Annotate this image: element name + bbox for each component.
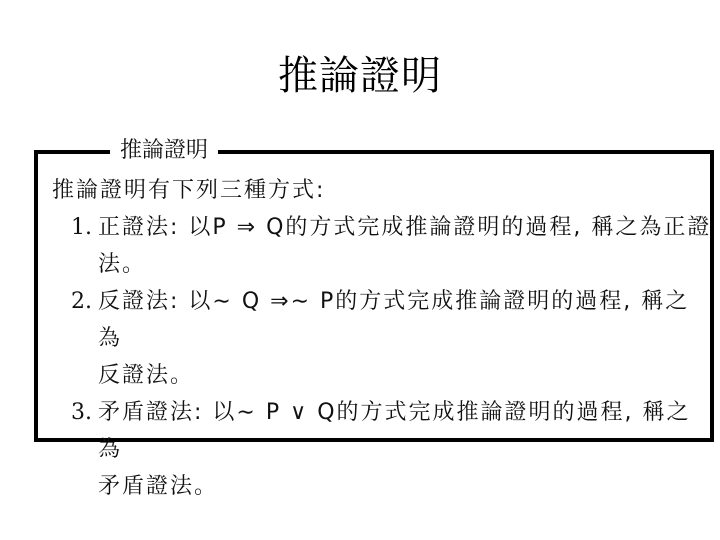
intro-text: 推論證明有下列三種方式: — [52, 172, 712, 209]
item-line: 法。 — [98, 252, 146, 277]
box-label: 推論證明 — [110, 136, 218, 166]
item-line: 正證法: 以P ⇒ Q的方式完成推論證明的過程, 稱之為正證 — [98, 215, 711, 240]
box-content: 推論證明有下列三種方式: 1. 正證法: 以P ⇒ Q的方式完成推論證明的過程,… — [52, 172, 712, 505]
item-number: 1. — [52, 209, 98, 283]
item-number: 3. — [52, 394, 98, 505]
item-line: 矛盾證法。 — [98, 474, 218, 499]
item-line: 反證法: 以∼ Q ⇒∼ P的方式完成推論證明的過程, 稱之為 — [98, 289, 689, 351]
item-number: 2. — [52, 283, 98, 394]
item-line: 反證法。 — [98, 363, 194, 388]
slide-title: 推論證明 — [0, 44, 720, 101]
item-line: 矛盾證法: 以∼ P ∨ Q的方式完成推論證明的過程, 稱之為 — [98, 400, 691, 462]
list-item: 1. 正證法: 以P ⇒ Q的方式完成推論證明的過程, 稱之為正證 法。 — [52, 209, 712, 283]
list-item: 2. 反證法: 以∼ Q ⇒∼ P的方式完成推論證明的過程, 稱之為 反證法。 — [52, 283, 712, 394]
list-item: 3. 矛盾證法: 以∼ P ∨ Q的方式完成推論證明的過程, 稱之為 矛盾證法。 — [52, 394, 712, 505]
